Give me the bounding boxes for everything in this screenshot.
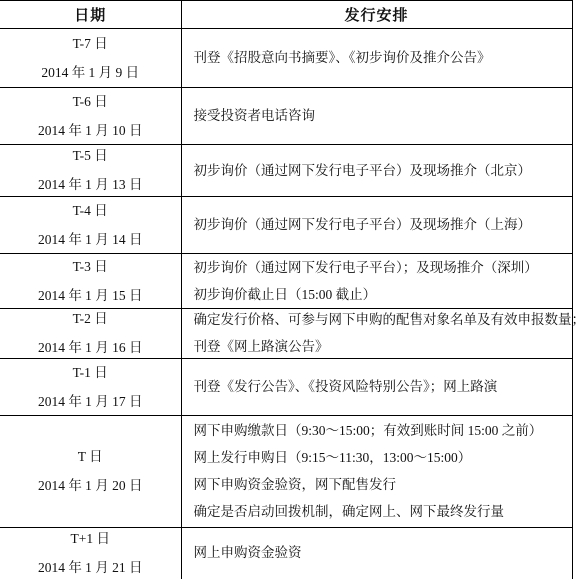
arrangement-line: 网下申购缴款日（9:30～15:00；有效到账时间 15:00 之前） <box>194 423 572 439</box>
t-day-label: T-6 日 <box>73 94 108 110</box>
arrangement-cell: 刊登《发行公告》、《投资风险特别公告》；网上路演 <box>181 359 572 416</box>
column-header-arrangement: 发行安排 <box>181 1 572 29</box>
arrangement-line: 网上申购资金验资 <box>194 545 572 561</box>
date-cell: T-1 日 2014 年 1 月 17 日 <box>0 359 181 416</box>
calendar-date: 2014 年 1 月 10 日 <box>38 123 143 139</box>
calendar-date: 2014 年 1 月 20 日 <box>38 478 143 494</box>
t-day-label: T-7 日 <box>73 36 108 52</box>
calendar-date: 2014 年 1 月 14 日 <box>38 232 143 248</box>
calendar-date: 2014 年 1 月 13 日 <box>38 177 143 193</box>
arrangement-cell: 网上申购资金验资 <box>181 528 572 579</box>
arrangement-line: 刊登《发行公告》、《投资风险特别公告》；网上路演 <box>194 379 572 395</box>
arrangement-cell: 初步询价（通过网下发行电子平台）；及现场推介（深圳） 初步询价截止日（15:00… <box>181 254 572 309</box>
header-row: 日期 发行安排 <box>0 1 572 29</box>
t-day-label: T-5 日 <box>73 148 108 164</box>
issuance-schedule-table: 日期 发行安排 T-7 日 2014 年 1 月 9 日 刊登《招股意向书摘要》… <box>0 0 573 579</box>
table-row-t-minus-7: T-7 日 2014 年 1 月 9 日 刊登《招股意向书摘要》、《初步询价及推… <box>0 29 572 88</box>
arrangement-line: 网下申购资金验资，网下配售发行 <box>194 477 572 493</box>
date-cell: T-6 日 2014 年 1 月 10 日 <box>0 88 181 145</box>
table-row-t-plus-1: T+1 日 2014 年 1 月 21 日 网上申购资金验资 <box>0 528 572 579</box>
table-row-t-minus-2: T-2 日 2014 年 1 月 16 日 确定发行价格、可参与网下申购的配售对… <box>0 309 572 359</box>
arrangement-cell: 确定发行价格、可参与网下申购的配售对象名单及有效申报数量； 刊登《网上路演公告》 <box>181 309 572 359</box>
arrangement-cell: 刊登《招股意向书摘要》、《初步询价及推介公告》 <box>181 29 572 88</box>
arrangement-line: 初步询价截止日（15:00 截止） <box>194 287 572 303</box>
arrangement-cell: 初步询价（通过网下发行电子平台）及现场推介（北京） <box>181 145 572 197</box>
t-day-label: T+1 日 <box>71 531 111 547</box>
t-day-label: T-1 日 <box>73 365 108 381</box>
date-cell: T-2 日 2014 年 1 月 16 日 <box>0 309 181 359</box>
date-cell: T-5 日 2014 年 1 月 13 日 <box>0 145 181 197</box>
calendar-date: 2014 年 1 月 17 日 <box>38 394 143 410</box>
table-row-t-minus-3: T-3 日 2014 年 1 月 15 日 初步询价（通过网下发行电子平台）；及… <box>0 254 572 309</box>
date-cell: T-3 日 2014 年 1 月 15 日 <box>0 254 181 309</box>
arrangement-cell: 接受投资者电话咨询 <box>181 88 572 145</box>
arrangement-line: 刊登《招股意向书摘要》、《初步询价及推介公告》 <box>194 50 572 66</box>
arrangement-cell: 初步询价（通过网下发行电子平台）及现场推介（上海） <box>181 197 572 254</box>
arrangement-line: 初步询价（通过网下发行电子平台）及现场推介（上海） <box>194 217 572 233</box>
table-row-t-minus-5: T-5 日 2014 年 1 月 13 日 初步询价（通过网下发行电子平台）及现… <box>0 145 572 197</box>
t-day-label: T-3 日 <box>73 259 108 275</box>
t-day-label: T-2 日 <box>73 311 108 327</box>
calendar-date: 2014 年 1 月 15 日 <box>38 288 143 304</box>
arrangement-line: 确定是否启动回拨机制，确定网上、网下最终发行量 <box>194 504 572 520</box>
t-day-label: T-4 日 <box>73 203 108 219</box>
arrangement-cell: 网下申购缴款日（9:30～15:00；有效到账时间 15:00 之前） 网上发行… <box>181 416 572 528</box>
date-cell: T-7 日 2014 年 1 月 9 日 <box>0 29 181 88</box>
calendar-date: 2014 年 1 月 21 日 <box>38 560 143 576</box>
calendar-date: 2014 年 1 月 16 日 <box>38 340 143 356</box>
arrangement-line: 刊登《网上路演公告》 <box>194 339 572 355</box>
arrangement-line: 初步询价（通过网下发行电子平台）及现场推介（北京） <box>194 163 572 179</box>
calendar-date: 2014 年 1 月 9 日 <box>41 65 139 81</box>
table-row-t-minus-6: T-6 日 2014 年 1 月 10 日 接受投资者电话咨询 <box>0 88 572 145</box>
arrangement-line: 初步询价（通过网下发行电子平台）；及现场推介（深圳） <box>194 260 572 276</box>
table-row-t-minus-4: T-4 日 2014 年 1 月 14 日 初步询价（通过网下发行电子平台）及现… <box>0 197 572 254</box>
date-cell: T+1 日 2014 年 1 月 21 日 <box>0 528 181 579</box>
column-header-date: 日期 <box>0 1 181 29</box>
table-row-t-day: T 日 2014 年 1 月 20 日 网下申购缴款日（9:30～15:00；有… <box>0 416 572 528</box>
arrangement-line: 接受投资者电话咨询 <box>194 108 572 124</box>
date-cell: T-4 日 2014 年 1 月 14 日 <box>0 197 181 254</box>
table-row-t-minus-1: T-1 日 2014 年 1 月 17 日 刊登《发行公告》、《投资风险特别公告… <box>0 359 572 416</box>
t-day-label: T 日 <box>78 449 103 465</box>
arrangement-line: 确定发行价格、可参与网下申购的配售对象名单及有效申报数量； <box>194 312 572 328</box>
date-cell: T 日 2014 年 1 月 20 日 <box>0 416 181 528</box>
arrangement-line: 网上发行申购日（9:15～11:30，13:00～15:00） <box>194 450 572 466</box>
